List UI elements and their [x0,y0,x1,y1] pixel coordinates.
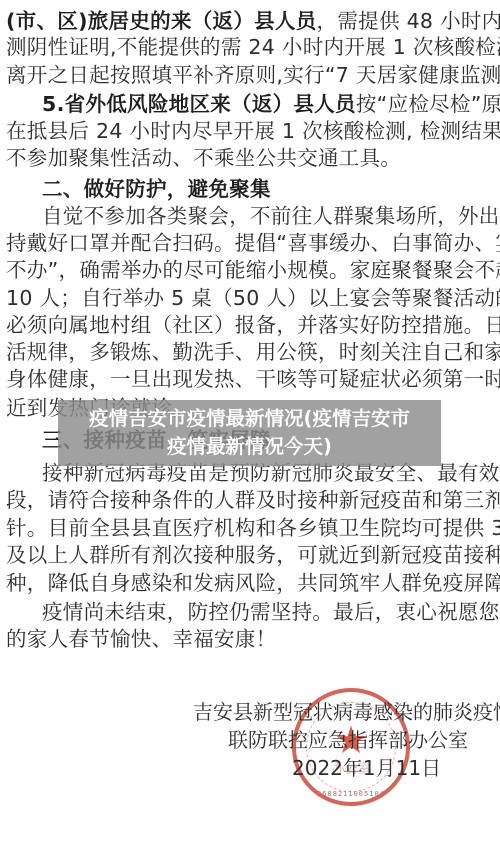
paragraph-line: 及以上人群所有剂次接种服务，可就近到新冠疫苗接种点接 [6,542,496,568]
paragraph-line: 针。目前全县县直医疗机构和各乡镇卫生院均可提供 3 周岁 [6,515,496,541]
seal-code: 3608211005104 [296,790,406,798]
bold-phrase: 5.省外低风险地区来（返）县人员 [42,92,356,116]
paragraph-line: 种，降低自身感染和发病风险，共同筑牢人群免疫屏障。 [6,570,496,596]
signature-org-line1: 吉安县新型冠状病毒感染的肺炎疫情 [193,699,500,725]
paragraph-line: 活规律，多锻炼、勤洗手、用公筷，时刻关注自己和家人的 [6,339,496,365]
paragraph-line: 不办”，确需举办的尽可能缩小规模。家庭聚餐聚会不超过 [6,257,496,283]
paragraph-line: 离开之日起按照填平补齐原则,实行“7 天居家健康监测”。 [6,62,496,88]
paragraph-line: 10 人；自行举办 5 桌（50 人）以上宴会等聚餐活动的个人, [6,285,496,311]
paragraph-line: (市、区)旅居史的来（返）县人员，需提供 48 小时内核酸检 [6,8,496,34]
section-heading: 二、做好防护，避免聚集 [42,176,496,202]
paragraph-line: 在抵县后 24 小时内尽早开展 1 次核酸检测, 检测结果未出前 [6,118,496,144]
paragraph-line: 测阴性证明,不能提供的需 24 小时内开展 1 次核酸检测,并从 [6,34,496,60]
title-overlay-banner: 疫情吉安市疫情最新情况(疫情吉安市 疫情最新情况今天) [58,400,441,466]
paragraph-line: 不参加聚集性活动、不乘坐公共交通工具。 [6,145,496,171]
overlay-title-line1: 疫情吉安市疫情最新情况(疫情吉安市 [89,405,410,433]
overlay-title-line2: 疫情最新情况今天) [167,433,332,461]
bold-phrase: (市、区)旅居史的来（返）县人员 [6,9,317,33]
paragraph-line: 疫情尚未结束，防控仍需坚持。最后，衷心祝愿您和您 [42,599,496,625]
signature-org-line2: 联防联控应急指挥部办公室 [228,727,468,753]
paragraph-line: 段，请符合接种条件的人群及时接种新冠疫苗和第三剂加强 [6,487,496,513]
paragraph-line: 的家人春节愉快、幸福安康！ [6,626,496,652]
paragraph-line: 自觉不参加各类聚会，不前往人群聚集场所，外出时坚 [42,203,496,229]
paragraph-line: 身体健康，一旦出现发热、干咳等可疑症状必须第一时间就 [6,366,496,392]
signature-date: 2022年1月11日 [292,755,441,781]
paragraph-line: 必须向属地村组（社区）报备，并落实好防控措施。日常生 [6,312,496,338]
paragraph-line: 5.省外低风险地区来（返）县人员按“应检尽检”原则, [42,91,496,117]
paragraph-line: 持戴好口罩并配合扫码。提倡“喜事缓办、白事简办、宴请 [6,230,496,256]
